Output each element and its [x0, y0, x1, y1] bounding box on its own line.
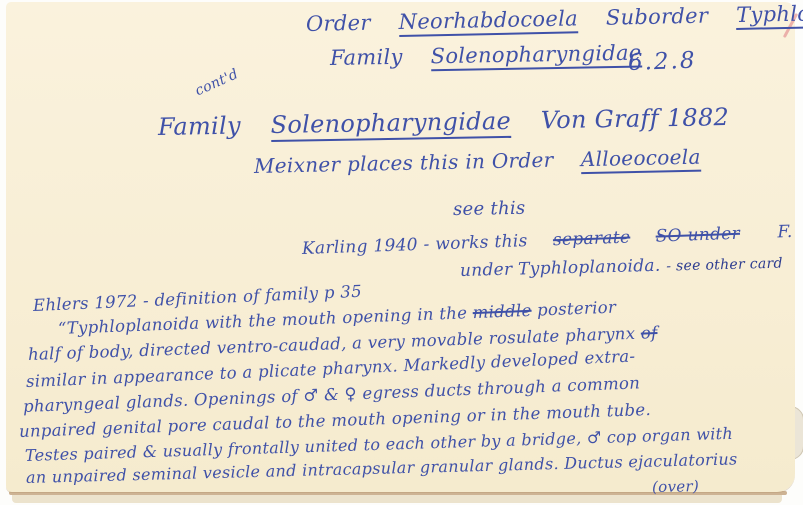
order-name: Neorhabdocoela [398, 6, 578, 37]
family-label: Family [330, 45, 403, 70]
karling-struck-word-2: SO under [655, 224, 740, 247]
catalog-number: 6.2.8 [628, 48, 697, 76]
suborder-label: Suborder [606, 4, 709, 30]
quote-line1-tail: posterior [531, 298, 616, 320]
quote-struck-of: of [640, 323, 657, 343]
suborder-name: Typhloplanoida [736, 0, 803, 30]
karling-struck-word-1: separate [553, 228, 631, 251]
see-other-card-note: - see other card [666, 256, 783, 275]
order-label: Order [306, 11, 371, 36]
karling-suffix: F. [777, 222, 793, 243]
family-name: Solenopharyngidae [430, 41, 641, 72]
header-family-line: Family Solenopharyngidae [330, 41, 642, 70]
quote-struck-middle: middle [472, 301, 532, 322]
over-note: (over) [652, 477, 699, 496]
title-authority: Von Graff 1882 [541, 103, 730, 134]
title-family-label: Family [158, 112, 241, 141]
card-stack-edge-light [12, 495, 782, 503]
see-this-note: see this [453, 198, 526, 220]
title-family-name: Solenopharyngidae [270, 107, 511, 142]
scanned-index-card-page: Order Neorhabdocoela Suborder Typhloplan… [0, 0, 803, 505]
meixner-order-name: Alloeocoela [581, 145, 701, 175]
